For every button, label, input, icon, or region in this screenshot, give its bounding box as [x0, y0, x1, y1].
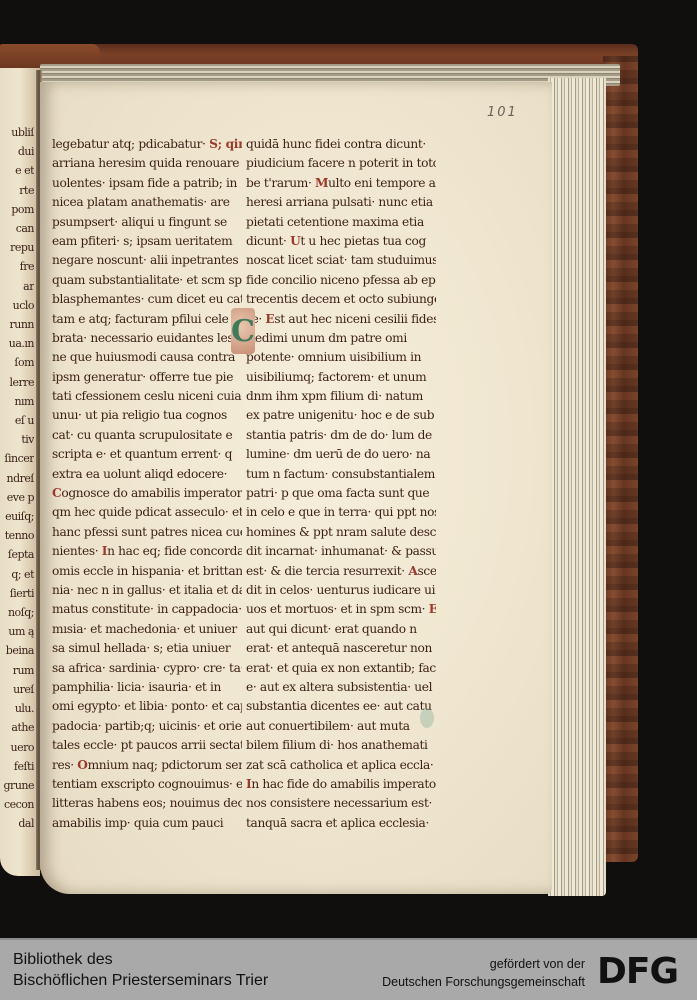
manuscript-line: Cognosce do amabilis imperator· — [52, 484, 242, 503]
verso-line: eve p — [0, 488, 34, 507]
manuscript-line: blasphemantes· cum dicet eu catu — [52, 290, 242, 309]
manuscript-line: matus constitute· in cappadocia· — [52, 600, 242, 619]
verso-line: beina — [0, 641, 34, 660]
manuscript-line: Redimi unum dm patre omi — [246, 329, 436, 348]
manuscript-line: ipsm generatur· offerre tue pie — [52, 368, 242, 387]
manuscript-line: arriana heresim quida renouare — [52, 154, 242, 173]
verso-line: tenno — [0, 526, 34, 545]
verso-line: ſom — [0, 353, 34, 372]
manuscript-line: tanquā sacra et aplica ecclesia· — [246, 814, 436, 833]
text-column-left: legebatur atq; pdicabatur· S; qinarriana… — [52, 135, 242, 833]
verso-line: noſq; — [0, 603, 34, 622]
manuscript-line: be t'rarum· Multo eni tempore ab — [246, 174, 436, 193]
verso-line: ulu. — [0, 699, 34, 718]
manuscript-line: tum n factum· consubstantialem — [246, 465, 436, 484]
verso-line: rum — [0, 661, 34, 680]
manuscript-line: tales eccle· pt paucos arrii sectato — [52, 736, 242, 755]
verso-line: ar — [0, 277, 34, 296]
folio-number: 101 — [487, 105, 518, 120]
page-edges-right — [548, 78, 606, 896]
manuscript-line: legebatur atq; pdicabatur· S; qin — [52, 135, 242, 154]
manuscript-line: aut qui dicunt· erat quando n — [246, 620, 436, 639]
verso-line: repu — [0, 238, 34, 257]
verso-line: um ą — [0, 622, 34, 641]
manuscript-line: tati cfessionem ceslu niceni cuia — [52, 387, 242, 406]
manuscript-line: psumpsert· aliqui u fingunt se — [52, 213, 242, 232]
manuscript-line: zat scā catholica et aplica eccla· — [246, 756, 436, 775]
manuscript-line: erat· et antequā nasceretur non — [246, 639, 436, 658]
manuscript-line: homines & ppt nram salute descen — [246, 523, 436, 542]
footer-bar: Bibliothek des Bischöflichen Priestersem… — [0, 938, 697, 1000]
verso-line: rte — [0, 181, 34, 200]
manuscript-line: uisibiliumq; factorem· et unum — [246, 368, 436, 387]
verso-line: q; et — [0, 565, 34, 584]
verso-line: ubliſ — [0, 123, 34, 142]
manuscript-line: est· & die tercia resurrexit· Ascen — [246, 562, 436, 581]
manuscript-line: quam substantialitate· et scm spm — [52, 271, 242, 290]
funding-line2: Deutschen Forschungsgemeinschaft — [382, 975, 585, 989]
manuscript-line: nientes· In hac eq; fide concordat — [52, 542, 242, 561]
verso-line: feſti — [0, 757, 34, 776]
manuscript-line: cat· cu quanta scrupulositate e — [52, 426, 242, 445]
verso-line: ua.ın — [0, 334, 34, 353]
manuscript-line: mısia· et machedonia· et uniuer — [52, 620, 242, 639]
manuscript-line: omi egypto· et libia· ponto· et cap — [52, 697, 242, 716]
manuscript-line: stantia patris· dm de do· lum de — [246, 426, 436, 445]
manuscript-line: tam e atq; facturam pfilui cele — [52, 310, 242, 329]
manuscript-line: pietati cetentione maxima etia — [246, 213, 436, 232]
manuscript-line: nicea platam anathematis· are — [52, 193, 242, 212]
verso-line: lerre — [0, 373, 34, 392]
manuscript-line: patri· p que oma facta sunt que — [246, 484, 436, 503]
verso-line: uclo — [0, 296, 34, 315]
manuscript-line: hanc pfessi sunt patres nicea cue — [52, 523, 242, 542]
manuscript-line: pamphilia· licia· isauria· et in — [52, 678, 242, 697]
manuscript-line: uos et mortuos· et in spm scm· Eos — [246, 600, 436, 619]
manuscript-line: erat· et quia ex non extantib; fact — [246, 659, 436, 678]
verso-line: fre — [0, 257, 34, 276]
manuscript-line: In hac fide do amabilis imperator — [246, 775, 436, 794]
verso-line: ſierti — [0, 584, 34, 603]
funding-line1: gefördert von der — [490, 957, 585, 971]
manuscript-line: eam pfiteri· s; ipsam ueritatem — [52, 232, 242, 251]
verso-line: uero — [0, 738, 34, 757]
verso-line: e et — [0, 161, 34, 180]
manuscript-line: dnm ihm xpm filium di· natum — [246, 387, 436, 406]
manuscript-line: litteras habens eos; nouimus deo — [52, 794, 242, 813]
verso-line: nım — [0, 392, 34, 411]
manuscript-line: dit incarnat· inhumanat· & passus — [246, 542, 436, 561]
manuscript-line: extra ea uolunt aliqd edocere· — [52, 465, 242, 484]
manuscript-line: potente· omnium uisibilium in — [246, 348, 436, 367]
verso-line: ureſ — [0, 680, 34, 699]
manuscript-line: heresi arriana pulsati· nunc etia — [246, 193, 436, 212]
verso-line: pom — [0, 200, 34, 219]
manuscript-line: uolentes· ipsam fide a patrib; in — [52, 174, 242, 193]
manuscript-line: scripta e· et quantum errent· q — [52, 445, 242, 464]
manuscript-line: dicunt· Ut u hec pietas tua cog — [246, 232, 436, 251]
manuscript-line: substantia dicentes ee· aut catu — [246, 697, 436, 716]
manuscript-line: res· Omnium naq; pdictorum sen — [52, 756, 242, 775]
decorated-initial: C — [231, 308, 255, 354]
verso-line: cecon — [0, 795, 34, 814]
dfg-logo: DFG — [597, 952, 678, 992]
manuscript-line: nos consistere necessarium est· — [246, 794, 436, 813]
verso-line: runn — [0, 315, 34, 334]
verso-line: ſepta — [0, 545, 34, 564]
manuscript-line: nia· nec n in gallus· et italia et dal — [52, 581, 242, 600]
manuscript-line: omis eccle in hispania· et brittan — [52, 562, 242, 581]
manuscript-line: ne que huiusmodi causa contra — [52, 348, 242, 367]
manuscript-line: lumine· dm uerū de do uero· na — [246, 445, 436, 464]
manuscript-line: tentiam exscripto cognouimus· et — [52, 775, 242, 794]
verso-line: grune — [0, 776, 34, 795]
text-column-right: quidā hunc fidei contra dicunt·piudicium… — [246, 135, 436, 833]
library-name-line1: Bibliothek des — [13, 951, 113, 969]
verso-line: ndreſ — [0, 469, 34, 488]
manuscript-line: ex patre unigenitu· hoc e de sub — [246, 406, 436, 425]
verso-line: ſincer — [0, 449, 34, 468]
manuscript-line: unuı· ut pia religio tua cognos — [52, 406, 242, 425]
manuscript-line: amabilis imp· quia cum pauci — [52, 814, 242, 833]
verso-line: euiſq; — [0, 507, 34, 526]
verso-line: can — [0, 219, 34, 238]
manuscript-viewer: ubliſduie etrtepomcanrepufrearuclorunnua… — [0, 0, 697, 938]
manuscript-line: re· Est aut hec niceni cesilii fides· — [246, 310, 436, 329]
book-cover-fore-edge — [603, 56, 638, 862]
manuscript-line: qm hec quide pdicat asseculo· et — [52, 503, 242, 522]
manuscript-line: padocia· partib;q; uicinis· et orien — [52, 717, 242, 736]
verso-line: tiv — [0, 430, 34, 449]
verso-page-text: ubliſduie etrtepomcanrepufrearuclorunnua… — [0, 123, 34, 834]
book-cover-corner — [0, 44, 100, 66]
manuscript-line: trecentis decem et octo subiunge — [246, 290, 436, 309]
verso-line: athe — [0, 718, 34, 737]
verso-page: ubliſduie etrtepomcanrepufrearuclorunnua… — [0, 68, 40, 876]
manuscript-line: sa africa· sardinia· cypro· cre· ta· — [52, 659, 242, 678]
verso-line: eſ u — [0, 411, 34, 430]
verso-line: dal — [0, 814, 34, 833]
manuscript-line: in celo e que in terra· qui ppt nos — [246, 503, 436, 522]
verso-line: dui — [0, 142, 34, 161]
manuscript-line: noscat licet sciat· tam studuimus — [246, 251, 436, 270]
manuscript-line: e· aut ex altera subsistentia· uel — [246, 678, 436, 697]
manuscript-line: aut conuertibilem· aut muta — [246, 717, 436, 736]
manuscript-line: sa simul hellada· s; etia uniuer — [52, 639, 242, 658]
manuscript-line: quidā hunc fidei contra dicunt· — [246, 135, 436, 154]
manuscript-line: negare noscunt· alii inpetrantes — [52, 251, 242, 270]
page-stain — [420, 708, 434, 728]
manuscript-line: fide concilio niceno pfessa ab epis — [246, 271, 436, 290]
manuscript-line: bilem filium di· hos anathemati — [246, 736, 436, 755]
manuscript-line: dit in celos· uenturus iudicare ui — [246, 581, 436, 600]
manuscript-line: brata· necessario euidantes lesio — [52, 329, 242, 348]
manuscript-line: piudicium facere n poterit in toto oz — [246, 154, 436, 173]
library-name-line2: Bischöflichen Priesterseminars Trier — [13, 972, 268, 990]
